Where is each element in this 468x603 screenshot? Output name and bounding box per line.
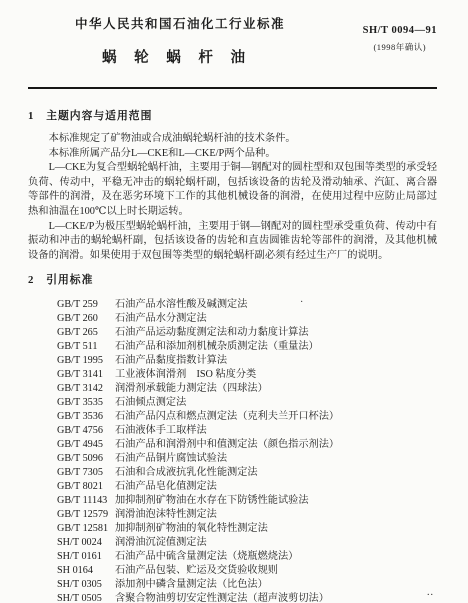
reference-row: GB/T 3142 润滑剂承载能力测定法（四球法） (57, 379, 437, 393)
reference-title: 石油产品和添加剂机械杂质测定法（重量法） (115, 337, 437, 352)
reference-row: GB/T 4756 石油液体手工取样法 (57, 421, 437, 435)
reference-row: SH/T 0161 石油产品中硫含量测定法（烧瓶燃烧法） (57, 547, 437, 561)
reference-title: 石油产品闪点和燃点测定法（克利夫兰开口杯法） (115, 407, 437, 422)
reference-title: 加抑制剂矿物油的氧化特性测定法 (115, 519, 437, 534)
reference-row: SH/T 0505 含聚合物油剪切安定性测定法（超声波剪切法） (57, 589, 437, 603)
reference-row: GB/T 1995 石油产品黏度指数计算法 (57, 351, 437, 365)
reference-code: SH/T 0161 (57, 551, 115, 562)
reference-code: GB/T 4756 (57, 425, 115, 436)
reference-code: GB/T 12581 (57, 523, 115, 534)
reference-code: GB/T 3141 (57, 369, 115, 380)
body-paragraph: L—CKE为复合型蜗轮蜗杆油，主要用于铜—钢配对的圆柱型和双包围等类型的承受轻负… (28, 161, 437, 219)
reference-row: SH/T 0024 润滑油沉淀值测定法 (57, 533, 437, 547)
reference-row: GB/T 12581 加抑制剂矿物油的氧化特性测定法 (57, 519, 437, 533)
reference-code: GB/T 3536 (57, 411, 115, 422)
body-paragraph: L—CKE/P为极压型蜗轮蜗杆油，主要用于钢—钢配对的圆柱型承受重负荷、传动中有… (28, 220, 437, 264)
reference-title: 石油产品包装、贮运及交货验收规则 (115, 561, 437, 576)
reference-code: GB/T 259 (57, 299, 115, 310)
reference-title: 石油产品和润滑剂中和值测定法（颜色指示剂法） (115, 435, 437, 450)
reference-title: 石油产品中硫含量测定法（烧瓶燃烧法） (115, 547, 437, 562)
section-1-paragraphs: 本标准规定了矿物油或合成油蜗轮蜗杆油的技术条件。 本标准所属产品分L—CKE和L… (28, 132, 437, 263)
reference-code: GB/T 12579 (57, 509, 115, 520)
reference-code: GB/T 3535 (57, 397, 115, 408)
reference-row: GB/T 265 石油产品运动黏度测定法和动力黏度计算法 (57, 323, 437, 337)
reference-row: GB/T 260 石油产品水分测定法 (57, 309, 437, 323)
reference-title: 石油产品铜片腐蚀试验法 (115, 449, 437, 464)
reference-row: SH 0164 石油产品包装、贮运及交货验收规则 (57, 561, 437, 575)
reference-row: GB/T 511 石油产品和添加剂机械杂质测定法（重量法） (57, 337, 437, 351)
reference-code: GB/T 8021 (57, 481, 115, 492)
body-paragraph: 本标准所属产品分L—CKE和L—CKE/P两个品种。 (28, 147, 437, 162)
reference-row: GB/T 7305 石油和合成液抗乳化性能测定法 (57, 463, 437, 477)
reference-title: 含聚合物油剪切安定性测定法（超声波剪切法） (115, 589, 437, 603)
referenced-standards-list: GB/T 259 石油产品水溶性酸及碱测定法 GB/T 260 石油产品水分测定… (28, 295, 437, 603)
body-paragraph: 本标准规定了矿物油或合成油蜗轮蜗杆油的技术条件。 (28, 132, 437, 147)
reference-title: 石油产品水分测定法 (115, 309, 437, 324)
reference-code: GB/T 7305 (57, 467, 115, 478)
reference-code: GB/T 1995 (57, 355, 115, 366)
reference-code: GB/T 260 (57, 313, 115, 324)
reference-title: 润滑剂承载能力测定法（四球法） (115, 379, 437, 394)
reference-title: 石油产品水溶性酸及碱测定法 (115, 295, 437, 310)
reference-code: SH/T 0505 (57, 593, 115, 603)
header-divider-rule (28, 87, 437, 89)
standard-number-block: SH/T 0094—91 (1998年确认) (363, 25, 437, 53)
reference-title: 工业液体润滑剂 ISO 粘度分类 (115, 365, 437, 380)
reference-code: GB/T 5096 (57, 453, 115, 464)
reference-code: GB/T 4945 (57, 439, 115, 450)
reference-code: GB/T 11143 (57, 495, 115, 506)
section-2-heading: 2 引用标准 (28, 272, 437, 287)
reference-code: GB/T 3142 (57, 383, 115, 394)
scan-artifact-dot: · (300, 297, 303, 308)
reference-title: 添加剂中磷含量测定法（比色法） (115, 575, 437, 590)
reference-title: 加抑制剂矿物油在水存在下防锈性能试验法 (115, 491, 437, 506)
confirmation-note: (1998年确认) (363, 41, 437, 53)
reference-row: GB/T 12579 润滑油泡沫特性测定法 (57, 505, 437, 519)
reference-title: 润滑油泡沫特性测定法 (115, 505, 437, 520)
reference-code: SH/T 0305 (57, 579, 115, 590)
reference-row: GB/T 5096 石油产品铜片腐蚀试验法 (57, 449, 437, 463)
reference-title: 石油产品黏度指数计算法 (115, 351, 437, 366)
reference-row: GB/T 3536 石油产品闪点和燃点测定法（克利夫兰开口杯法） (57, 407, 437, 421)
reference-title: 石油和合成液抗乳化性能测定法 (115, 463, 437, 478)
reference-row: GB/T 8021 石油产品皂化值测定法 (57, 477, 437, 491)
reference-title: 石油倾点测定法 (115, 393, 437, 408)
reference-row: GB/T 3141 工业液体润滑剂 ISO 粘度分类 (57, 365, 437, 379)
document-header: 中华人民共和国石油化工行业标准 SH/T 0094—91 (1998年确认) 蜗… (28, 14, 437, 76)
reference-title: 石油产品运动黏度测定法和动力黏度计算法 (115, 323, 437, 338)
scan-artifact-bottom-right: .. (427, 587, 434, 598)
reference-code: SH/T 0024 (57, 537, 115, 548)
reference-title: 石油液体手工取样法 (115, 421, 437, 436)
reference-title: 润滑油沉淀值测定法 (115, 533, 437, 548)
reference-code: GB/T 511 (57, 341, 115, 352)
section-1-heading: 1 主题内容与适用范围 (28, 108, 437, 123)
reference-row: GB/T 259 石油产品水溶性酸及碱测定法 (57, 295, 437, 309)
reference-row: GB/T 11143 加抑制剂矿物油在水存在下防锈性能试验法 (57, 491, 437, 505)
scanned-standard-page: 中华人民共和国石油化工行业标准 SH/T 0094—91 (1998年确认) 蜗… (0, 0, 468, 603)
standard-number: SH/T 0094—91 (363, 25, 437, 36)
reference-row: GB/T 3535 石油倾点测定法 (57, 393, 437, 407)
reference-code: GB/T 265 (57, 327, 115, 338)
reference-row: SH/T 0305 添加剂中磷含量测定法（比色法） (57, 575, 437, 589)
reference-title: 石油产品皂化值测定法 (115, 477, 437, 492)
reference-code: SH 0164 (57, 565, 115, 576)
reference-row: GB/T 4945 石油产品和润滑剂中和值测定法（颜色指示剂法） (57, 435, 437, 449)
